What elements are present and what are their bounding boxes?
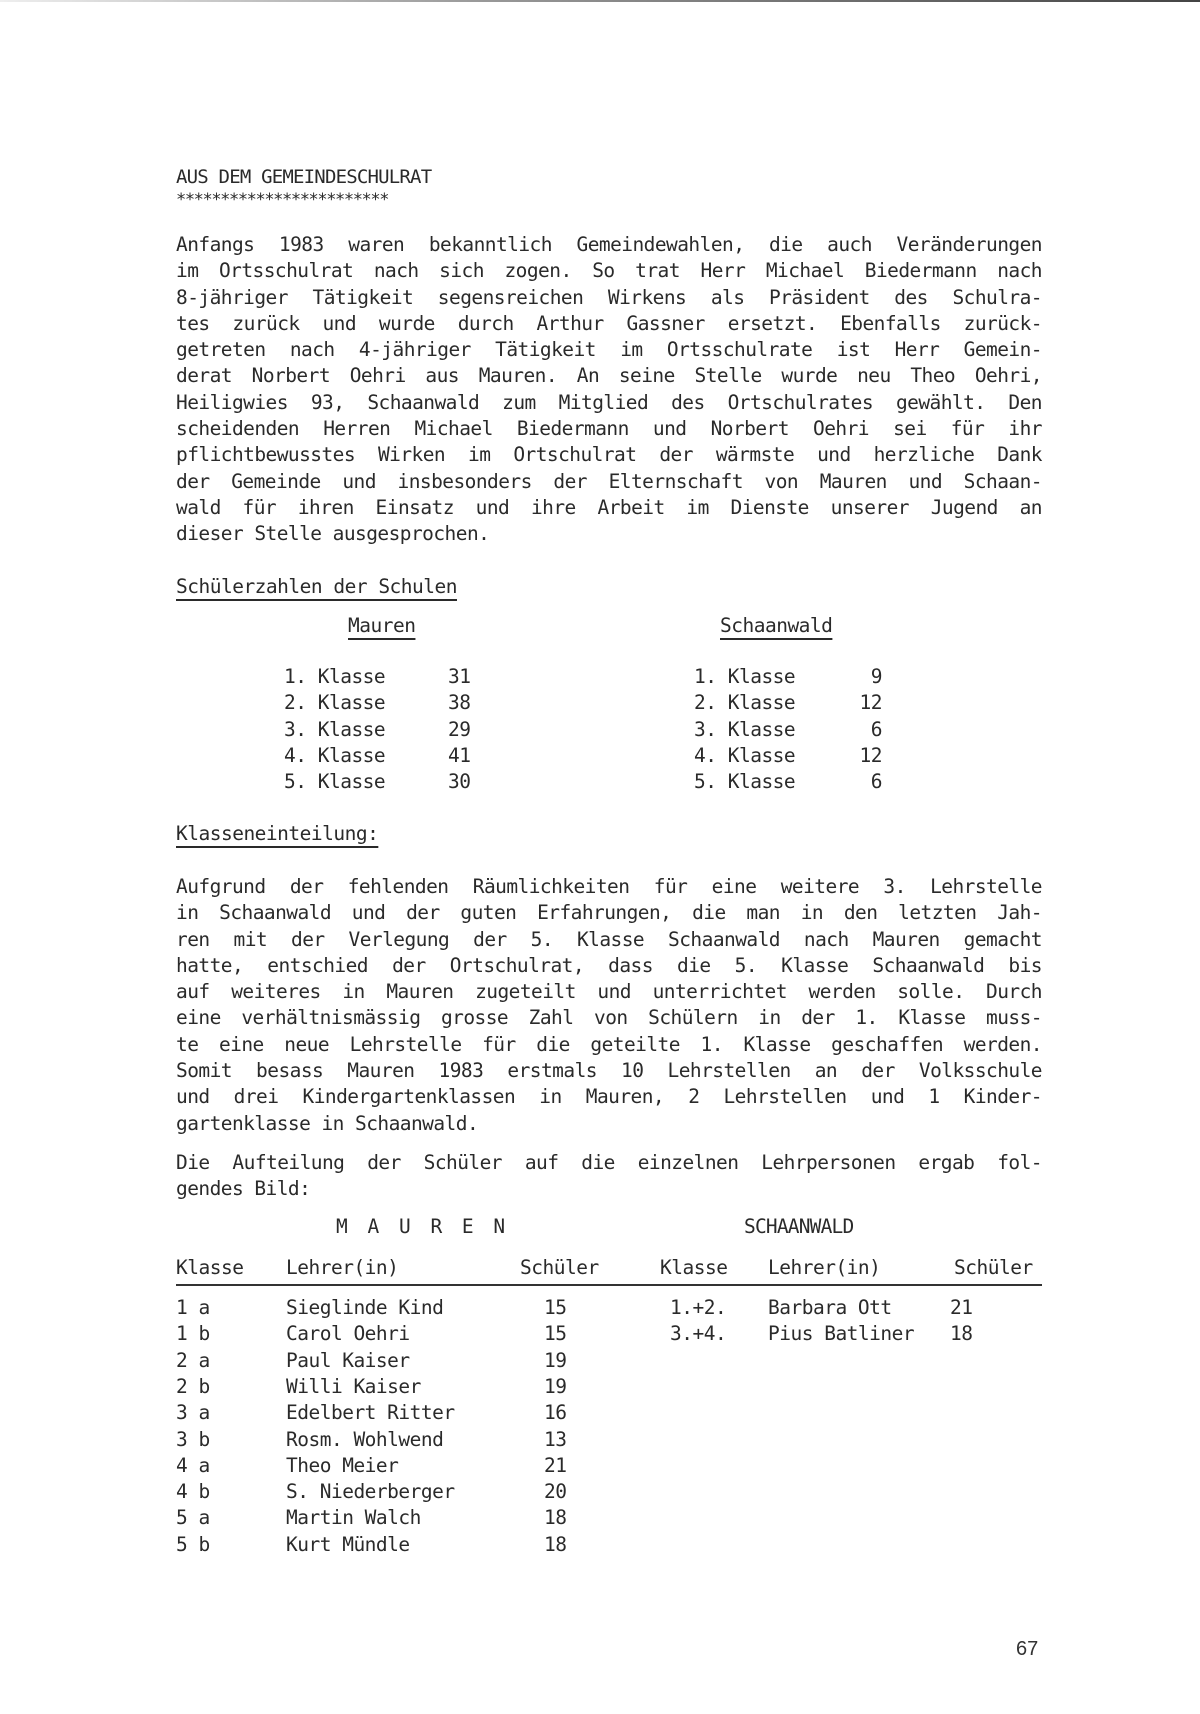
schuelerzahlen-heading: Schülerzahlen der Schulen (176, 575, 457, 598)
student-count: 6 (842, 770, 882, 793)
text-line: im Ortsschulrat nach sich zogen. So trat… (176, 258, 1042, 284)
page-number: 67 (1016, 1638, 1038, 1661)
cell-klasse: 2 a (176, 1349, 210, 1372)
cell-schueler: 20 (544, 1480, 566, 1503)
klasseneinteilung-paragraph: Aufgrund der fehlenden Räumlichkeiten fü… (176, 874, 1042, 1137)
mauren-table-label: M A U R E N (336, 1215, 509, 1238)
col-header-klasse-2: Klasse (660, 1256, 727, 1279)
klasse-label: 3. Klasse (284, 718, 385, 741)
text-line: te eine neue Lehrstelle für die geteilte… (176, 1032, 1042, 1058)
schaanwald-table-label: SCHAANWALD (744, 1215, 853, 1238)
cell-schueler: 21 (544, 1454, 566, 1477)
klasse-label: 2. Klasse (284, 691, 385, 714)
text-line: dieser Stelle ausgesprochen. (176, 521, 1042, 547)
title-asterisk-rule: ************************ (176, 190, 388, 210)
cell-lehrer: Rosm. Wohlwend (286, 1428, 443, 1451)
text-line: Die Aufteilung der Schüler auf die einze… (176, 1150, 1042, 1176)
cell-klasse: 1 b (176, 1322, 210, 1345)
cell-klasse: 3 a (176, 1401, 210, 1424)
klasse-label: 4. Klasse (694, 744, 795, 767)
klasse-label: 1. Klasse (284, 665, 385, 688)
text-line: pflichtbewusstes Wirken im Ortschulrat d… (176, 442, 1042, 468)
student-count: 38 (448, 691, 470, 714)
cell-klasse: 2 b (176, 1375, 210, 1398)
cell-lehrer: Edelbert Ritter (286, 1401, 455, 1424)
cell-klasse: 3.+4. (670, 1322, 726, 1345)
cell-klasse: 5 a (176, 1506, 210, 1529)
cell-schueler: 19 (544, 1349, 566, 1372)
student-count: 30 (448, 770, 470, 793)
text-line: tes zurück und wurde durch Arthur Gassne… (176, 311, 1042, 337)
student-count: 6 (842, 718, 882, 741)
student-count: 12 (842, 691, 882, 714)
cell-schueler: 21 (950, 1296, 972, 1319)
cell-schueler: 15 (544, 1296, 566, 1319)
text-line: 8-jähriger Tätigkeit segensreichen Wirke… (176, 285, 1042, 311)
cell-klasse: 1 a (176, 1296, 210, 1319)
page-title: AUS DEM GEMEINDESCHULRAT (176, 166, 431, 188)
text-line: derat Norbert Oehri aus Mauren. An seine… (176, 363, 1042, 389)
cell-schueler: 18 (950, 1322, 972, 1345)
text-line: hatte, entschied der Ortschulrat, dass d… (176, 953, 1042, 979)
text-line: Somit besass Mauren 1983 erstmals 10 Leh… (176, 1058, 1042, 1084)
cell-lehrer: Barbara Ott (768, 1296, 892, 1319)
cell-lehrer: Kurt Mündle (286, 1533, 410, 1556)
text-line: der Gemeinde und insbesonders der Eltern… (176, 469, 1042, 495)
text-line: gartenklasse in Schaanwald. (176, 1111, 1042, 1137)
student-count: 41 (448, 744, 470, 767)
intro-paragraph: Anfangs 1983 waren bekanntlich Gemeindew… (176, 232, 1042, 548)
klasse-label: 2. Klasse (694, 691, 795, 714)
student-count: 9 (842, 665, 882, 688)
cell-schueler: 13 (544, 1428, 566, 1451)
col-header-schueler-2: Schüler (954, 1256, 1033, 1279)
text-line: gendes Bild: (176, 1176, 1042, 1202)
cell-schueler: 18 (544, 1506, 566, 1529)
text-line: scheidenden Herren Michael Biedermann un… (176, 416, 1042, 442)
student-count: 29 (448, 718, 470, 741)
cell-klasse: 4 b (176, 1480, 210, 1503)
text-line: Anfangs 1983 waren bekanntlich Gemeindew… (176, 232, 1042, 258)
text-line: eine verhältnismässig grosse Zahl von Sc… (176, 1005, 1042, 1031)
col-header-klasse: Klasse (176, 1256, 243, 1279)
klasse-label: 4. Klasse (284, 744, 385, 767)
cell-schueler: 18 (544, 1533, 566, 1556)
klasse-label: 3. Klasse (694, 718, 795, 741)
cell-klasse: 3 b (176, 1428, 210, 1451)
klasse-label: 5. Klasse (694, 770, 795, 793)
text-line: in Schaanwald und der guten Erfahrungen,… (176, 900, 1042, 926)
cell-lehrer: Martin Walch (286, 1506, 421, 1529)
table-header-rule (176, 1284, 1042, 1286)
cell-lehrer: Willi Kaiser (286, 1375, 421, 1398)
scan-edge (0, 0, 1200, 2)
cell-schueler: 15 (544, 1322, 566, 1345)
cell-schueler: 19 (544, 1375, 566, 1398)
cell-schueler: 16 (544, 1401, 566, 1424)
student-count: 12 (842, 744, 882, 767)
klasse-label: 5. Klasse (284, 770, 385, 793)
cell-lehrer: Theo Meier (286, 1454, 398, 1477)
text-line: wald für ihren Einsatz und ihre Arbeit i… (176, 495, 1042, 521)
aufteilung-paragraph: Die Aufteilung der Schüler auf die einze… (176, 1150, 1042, 1203)
text-line: getreten nach 4-jähriger Tätigkeit im Or… (176, 337, 1042, 363)
cell-klasse: 5 b (176, 1533, 210, 1556)
cell-lehrer: S. Niederberger (286, 1480, 455, 1503)
klasse-label: 1. Klasse (694, 665, 795, 688)
text-line: und drei Kindergartenklassen in Mauren, … (176, 1084, 1042, 1110)
mauren-label: Mauren (348, 614, 415, 637)
student-count: 31 (448, 665, 470, 688)
col-header-lehrer: Lehrer(in) (286, 1256, 398, 1279)
col-header-lehrer-2: Lehrer(in) (768, 1256, 880, 1279)
klasseneinteilung-heading: Klasseneinteilung: (176, 822, 378, 845)
cell-lehrer: Paul Kaiser (286, 1349, 410, 1372)
cell-lehrer: Pius Batliner (768, 1322, 914, 1345)
cell-klasse: 1.+2. (670, 1296, 726, 1319)
cell-klasse: 4 a (176, 1454, 210, 1477)
text-line: Heiligwies 93, Schaanwald zum Mitglied d… (176, 390, 1042, 416)
cell-lehrer: Sieglinde Kind (286, 1296, 443, 1319)
text-line: Aufgrund der fehlenden Räumlichkeiten fü… (176, 874, 1042, 900)
schaanwald-label: Schaanwald (720, 614, 832, 637)
cell-lehrer: Carol Oehri (286, 1322, 410, 1345)
text-line: ren mit der Verlegung der 5. Klasse Scha… (176, 927, 1042, 953)
col-header-schueler: Schüler (520, 1256, 599, 1279)
text-line: auf weiteres in Mauren zugeteilt und unt… (176, 979, 1042, 1005)
